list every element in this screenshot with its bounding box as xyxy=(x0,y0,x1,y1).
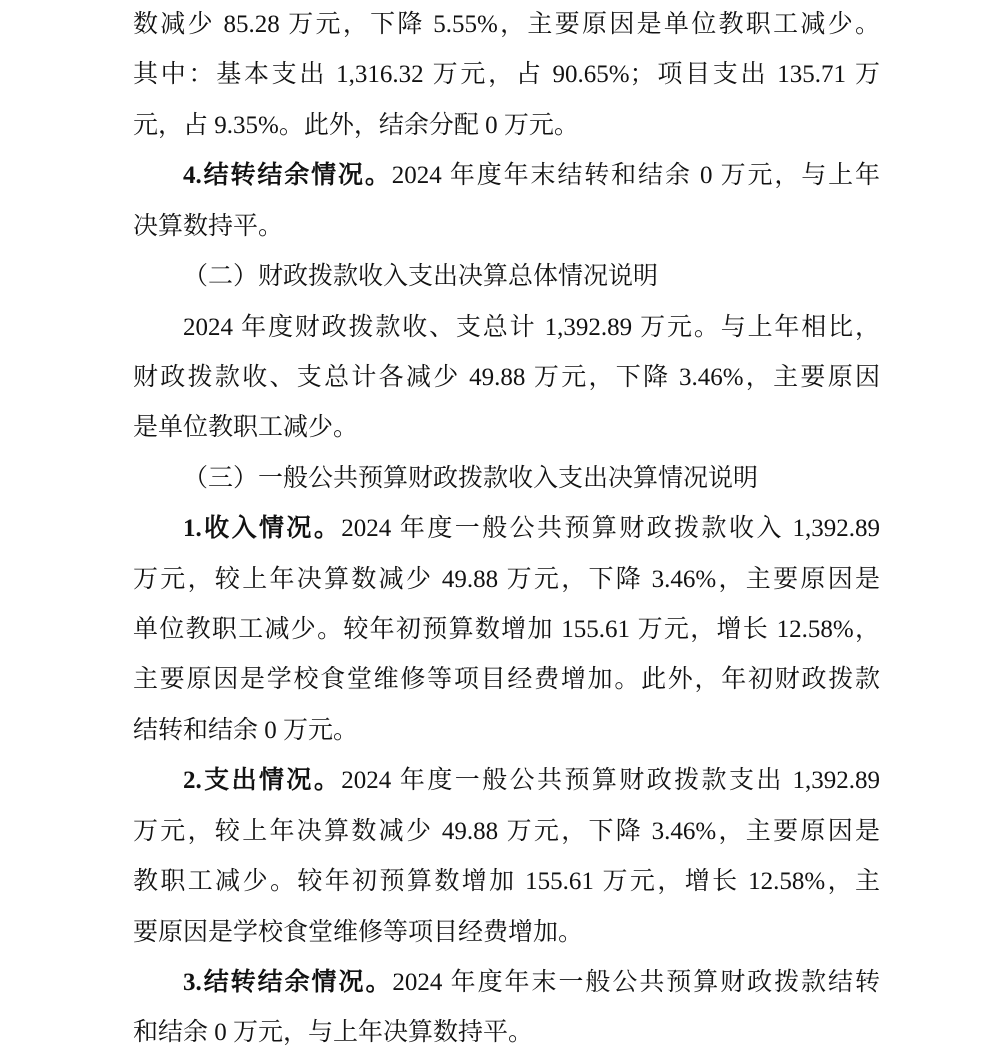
text-line: 万元，较上年决算数减少 49.88 万元，下降 3.46%，主要原因是 xyxy=(133,807,880,857)
line-text: 教职工减少。较年初预算数增加 155.61 万元，增长 12.58%，主 xyxy=(133,868,880,895)
line-text: 元，占 9.35%。此外，结余分配 0 万元。 xyxy=(133,112,579,139)
line-bold-prefix: 4.结转结余情况。 xyxy=(183,162,392,189)
text-line: 财政拨款收、支总计各减少 49.88 万元，下降 3.46%，主要原因 xyxy=(133,353,880,403)
line-text: 万元，较上年决算数减少 49.88 万元，下降 3.46%，主要原因是 xyxy=(133,818,880,845)
text-line: 决算数持平。 xyxy=(133,202,880,252)
line-text: 决算数持平。 xyxy=(133,213,283,240)
line-text: 是单位教职工减少。 xyxy=(133,414,358,441)
text-line: 结转和结余 0 万元。 xyxy=(133,706,880,756)
text-line: 其中：基本支出 1,316.32 万元，占 90.65%；项目支出 135.71… xyxy=(133,50,880,100)
line-text: 2024 年度财政拨款收、支总计 1,392.89 万元。与上年相比， xyxy=(183,314,880,341)
text-line: 单位教职工减少。较年初预算数增加 155.61 万元，增长 12.58%， xyxy=(133,605,880,655)
text-line: 是单位教职工减少。 xyxy=(133,403,880,453)
line-text: 数减少 85.28 万元，下降 5.55%，主要原因是单位教职工减少。 xyxy=(133,11,880,38)
text-line: 万元，较上年决算数减少 49.88 万元，下降 3.46%，主要原因是 xyxy=(133,555,880,605)
line-text: 其中：基本支出 1,316.32 万元，占 90.65%；项目支出 135.71… xyxy=(133,61,880,88)
line-text: 2024 年度年末一般公共预算财政拨款结转 xyxy=(392,969,880,996)
text-line: 数减少 85.28 万元，下降 5.55%，主要原因是单位教职工减少。 xyxy=(133,0,880,50)
line-text: 结转和结余 0 万元。 xyxy=(133,717,358,744)
text-line: 1.收入情况。2024 年度一般公共预算财政拨款收入 1,392.89 xyxy=(133,504,880,554)
line-text: 财政拨款收、支总计各减少 49.88 万元，下降 3.46%，主要原因 xyxy=(133,364,880,391)
text-line: 2.支出情况。2024 年度一般公共预算财政拨款支出 1,392.89 xyxy=(133,756,880,806)
section-heading: （二）财政拨款收入支出决算总体情况说明 xyxy=(133,252,880,302)
document-text-block: 数减少 85.28 万元，下降 5.55%，主要原因是单位教职工减少。 其中：基… xyxy=(133,0,880,1059)
line-bold-prefix: 1.收入情况。 xyxy=(183,515,341,542)
text-line: 要原因是学校食堂维修等项目经费增加。 xyxy=(133,908,880,958)
text-line: 4.结转结余情况。2024 年度年末结转和结余 0 万元，与上年 xyxy=(133,151,880,201)
line-text: （二）财政拨款收入支出决算总体情况说明 xyxy=(183,263,658,290)
text-line: 和结余 0 万元，与上年决算数持平。 xyxy=(133,1008,880,1058)
text-line: 2024 年度财政拨款收、支总计 1,392.89 万元。与上年相比， xyxy=(133,303,880,353)
line-text: （三）一般公共预算财政拨款收入支出决算情况说明 xyxy=(183,465,758,492)
text-line: 元，占 9.35%。此外，结余分配 0 万元。 xyxy=(133,101,880,151)
text-line: 3.结转结余情况。2024 年度年末一般公共预算财政拨款结转 xyxy=(133,958,880,1008)
section-heading: （三）一般公共预算财政拨款收入支出决算情况说明 xyxy=(133,454,880,504)
line-text: 主要原因是学校食堂维修等项目经费增加。此外，年初财政拨款 xyxy=(133,666,880,693)
line-text: 2024 年度一般公共预算财政拨款收入 1,392.89 xyxy=(341,515,880,542)
text-line: 主要原因是学校食堂维修等项目经费增加。此外，年初财政拨款 xyxy=(133,655,880,705)
text-line: 教职工减少。较年初预算数增加 155.61 万元，增长 12.58%，主 xyxy=(133,857,880,907)
line-text: 2024 年度一般公共预算财政拨款支出 1,392.89 xyxy=(341,767,880,794)
line-bold-prefix: 3.结转结余情况。 xyxy=(183,969,392,996)
line-bold-prefix: 2.支出情况。 xyxy=(183,767,341,794)
line-text: 要原因是学校食堂维修等项目经费增加。 xyxy=(133,919,583,946)
line-text: 万元，较上年决算数减少 49.88 万元，下降 3.46%，主要原因是 xyxy=(133,566,880,593)
line-text: 2024 年度年末结转和结余 0 万元，与上年 xyxy=(392,162,880,189)
line-text: 和结余 0 万元，与上年决算数持平。 xyxy=(133,1019,533,1046)
line-text: 单位教职工减少。较年初预算数增加 155.61 万元，增长 12.58%， xyxy=(133,616,880,643)
document-page: 数减少 85.28 万元，下降 5.55%，主要原因是单位教职工减少。 其中：基… xyxy=(0,0,1000,1059)
